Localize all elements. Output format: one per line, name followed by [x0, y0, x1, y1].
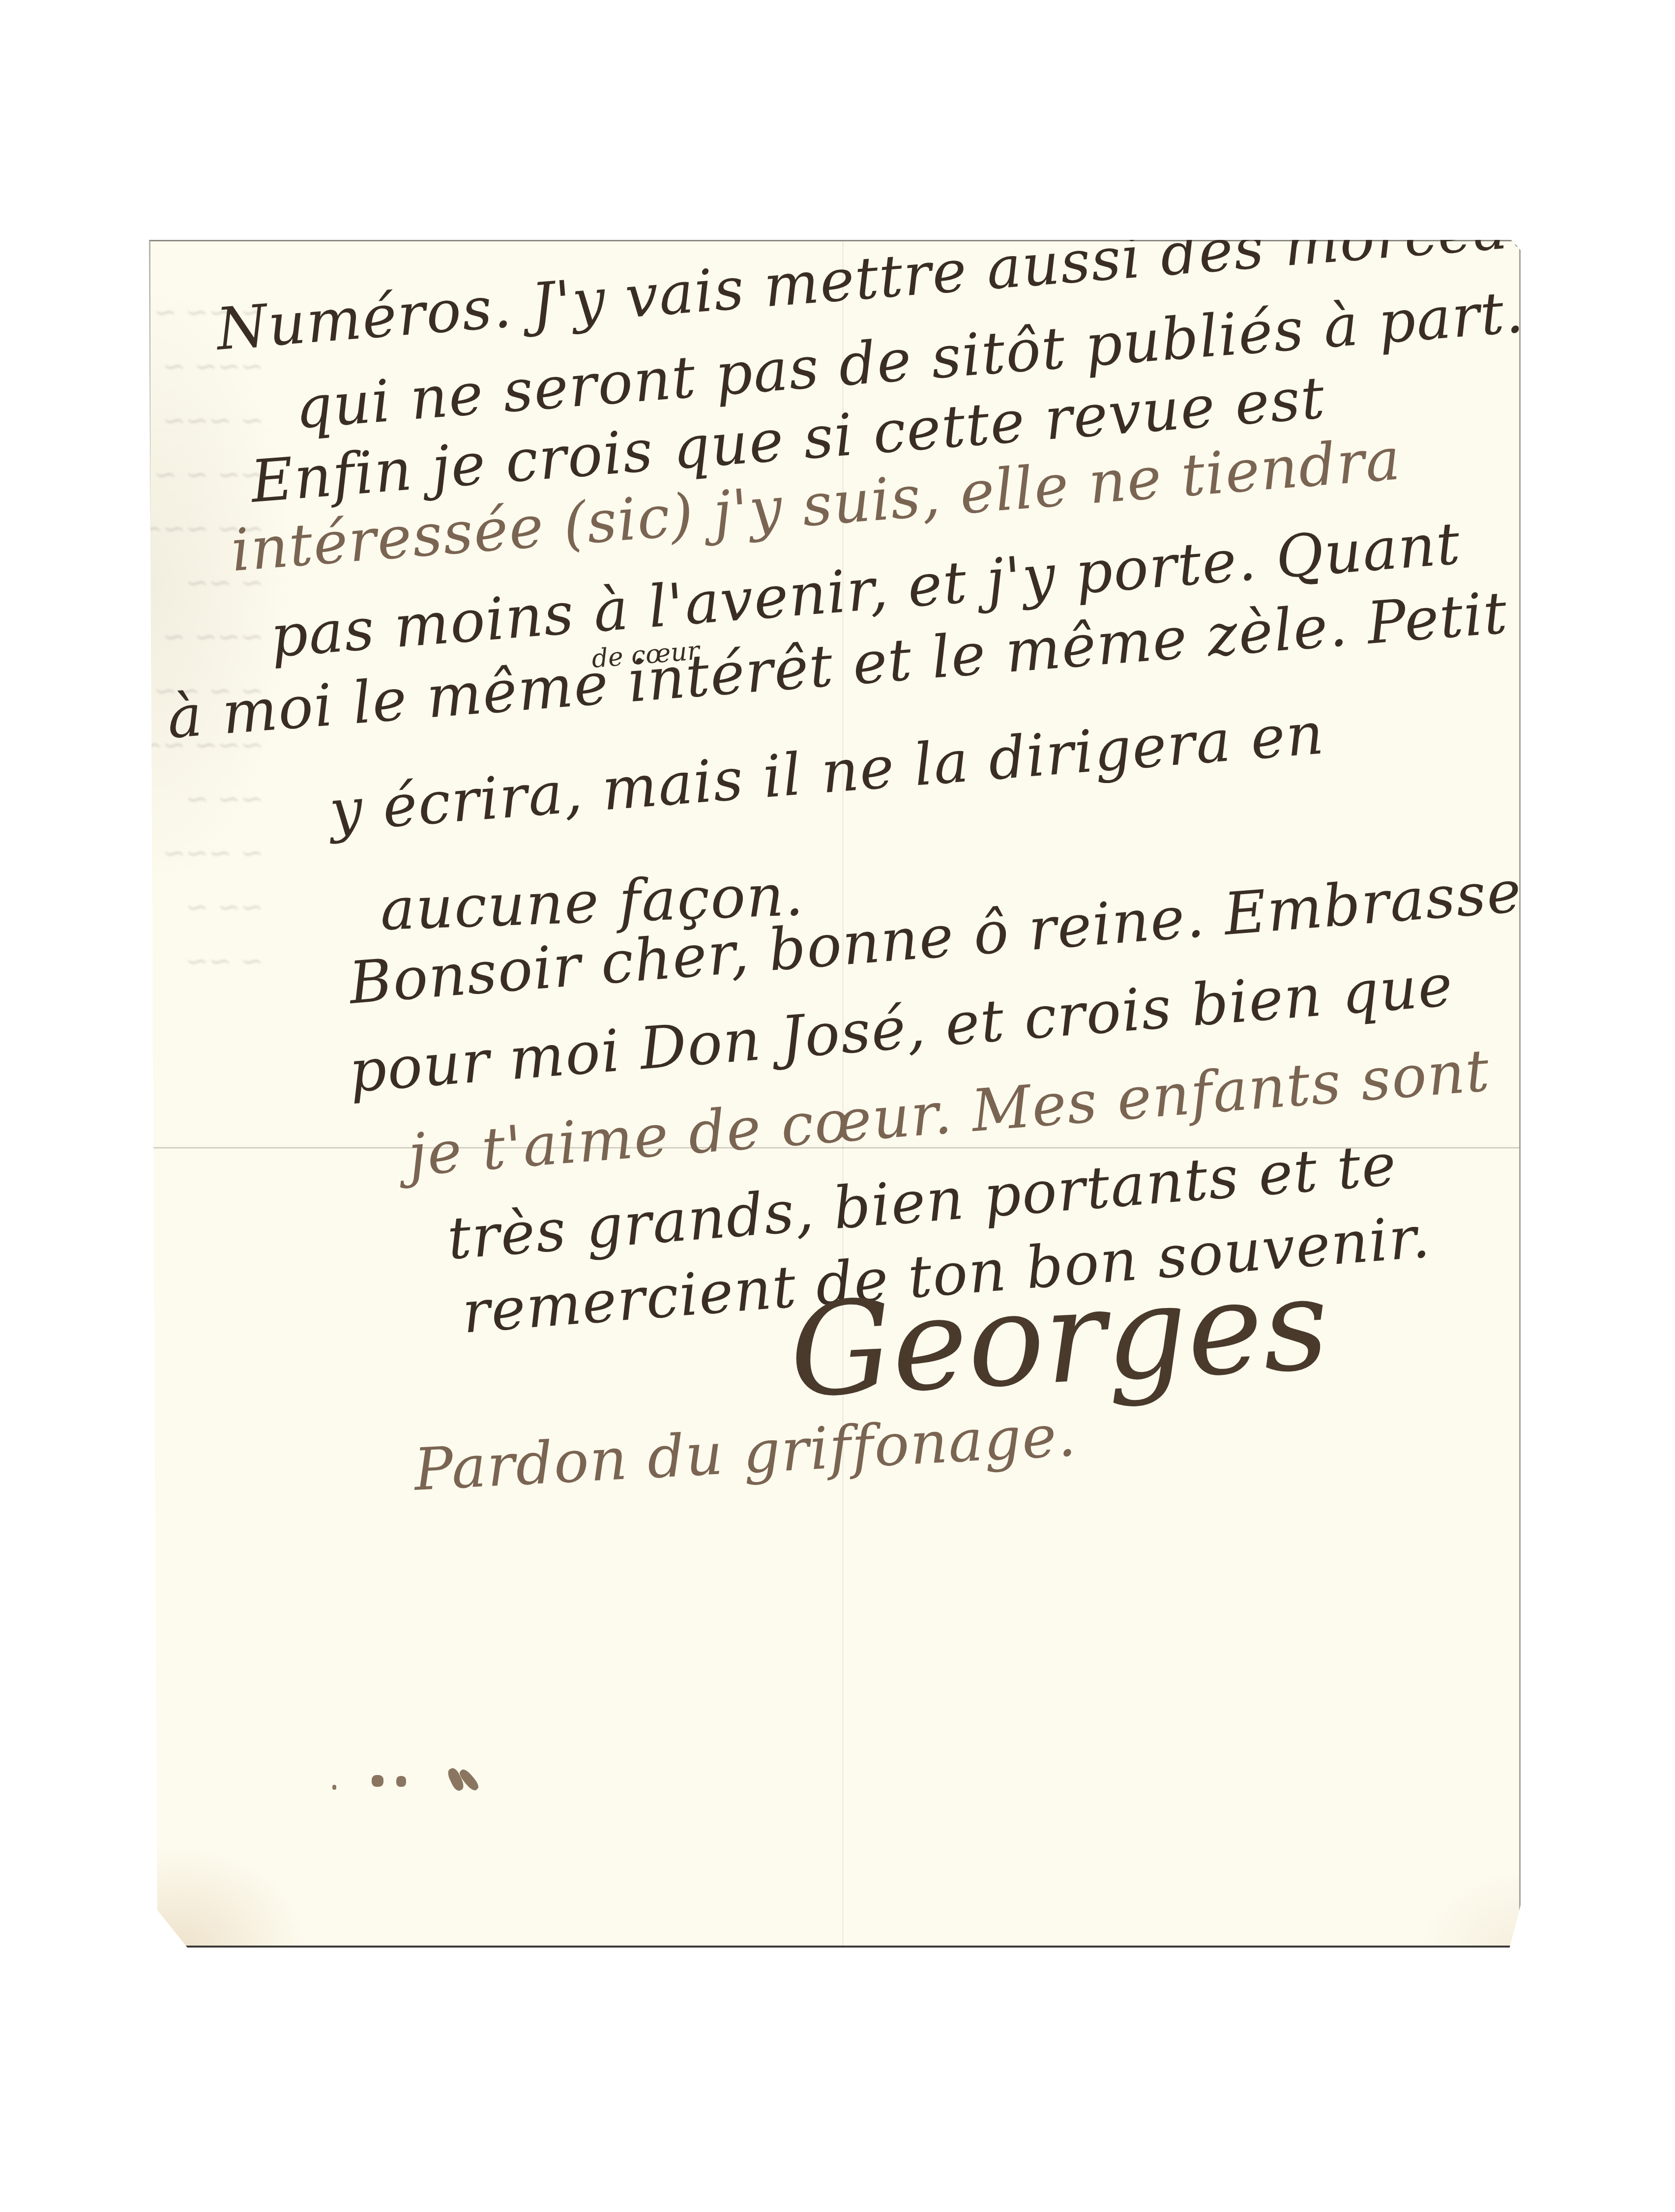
scanned-page: ~ ~~ ~ ~~~ ~ ~ ~~~ ~~ ~ ~ ~~ ~~~ ~ ~~ ~~… — [0, 0, 1675, 2212]
postscript: Pardon du griffonage. — [412, 1401, 1079, 1504]
signature: Georges — [786, 1250, 1332, 1426]
ink-bleed-through: ~ ~~ ~ ~~~ ~ ~ ~~~ ~~ ~ ~ ~~ ~~~ ~ ~~ ~~… — [165, 286, 264, 1023]
ink-specks — [332, 1765, 529, 1824]
letter-paper: ~ ~~ ~ ~~~ ~ ~ ~~~ ~~ ~ ~ ~~ ~~~ ~ ~~ ~~… — [149, 240, 1521, 1948]
